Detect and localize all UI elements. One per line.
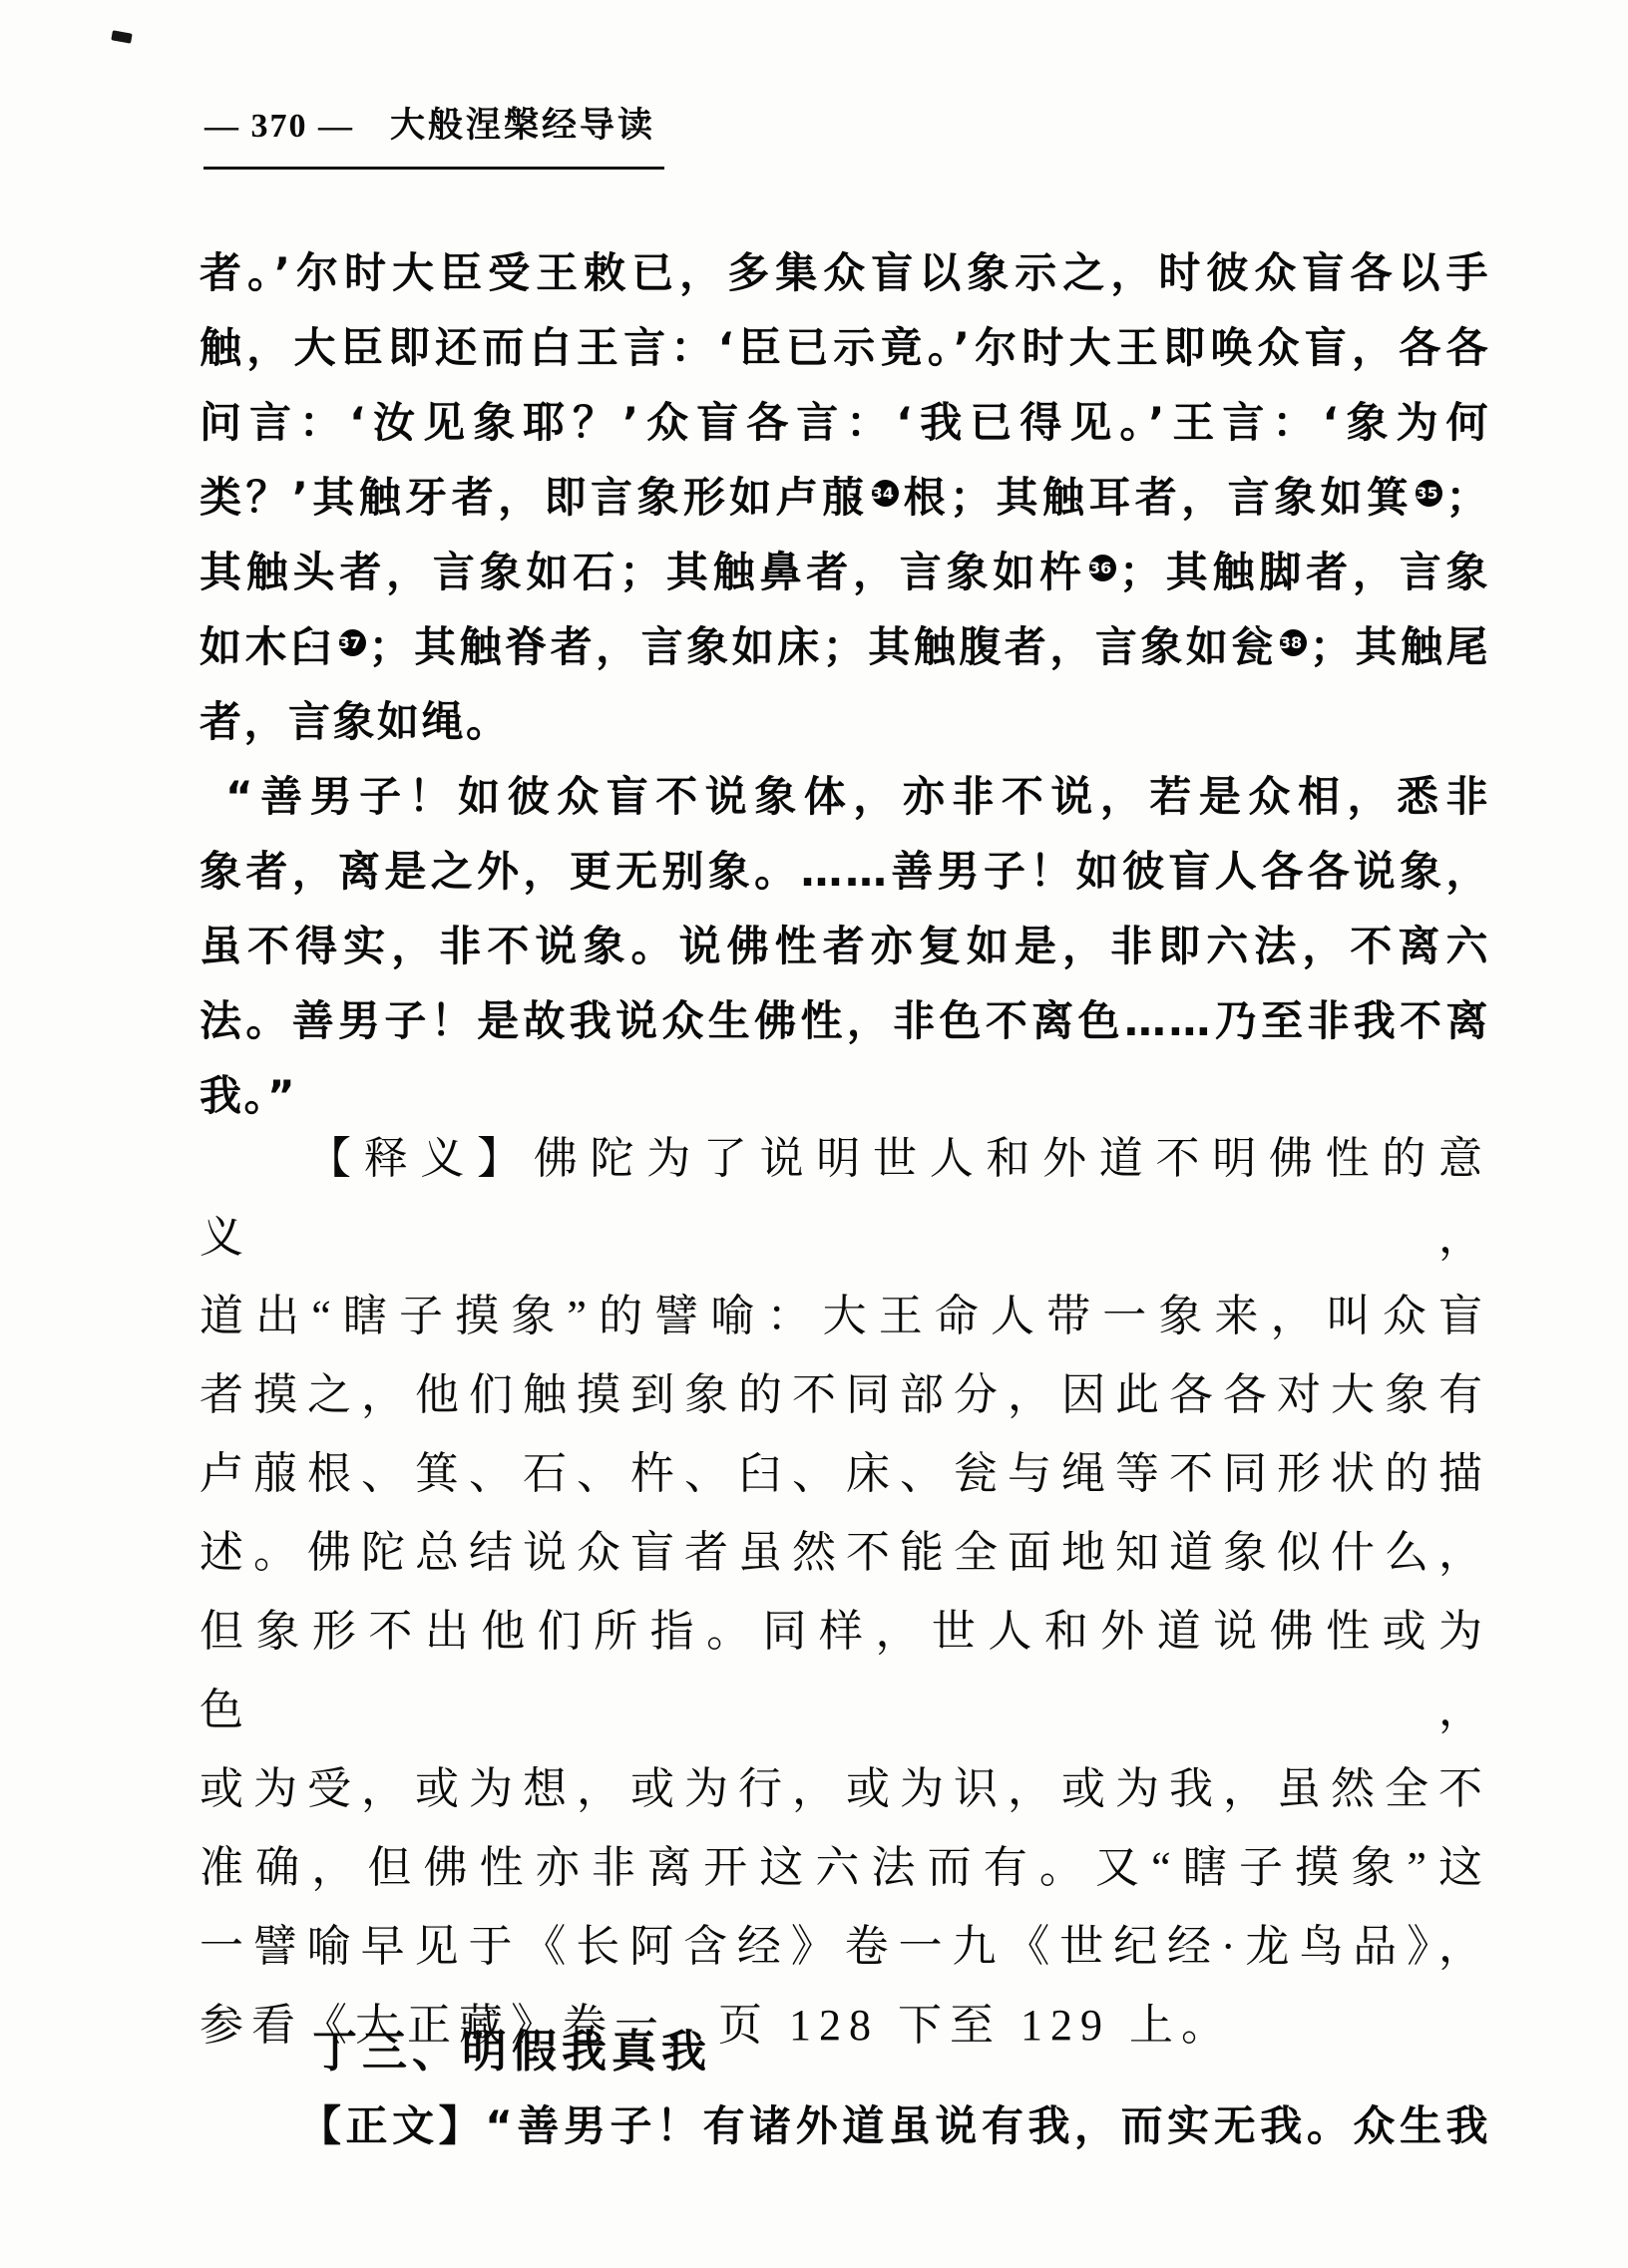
text-line: 者。’尔时大臣受王敕已，多集众盲以象示之，时彼众盲各以手: [200, 235, 1490, 310]
footnote-marker: 36: [1089, 555, 1116, 581]
text-line: 触，大臣即还而白王言：‘臣已示竟。’尔时大王即唤众盲，各各: [200, 310, 1490, 385]
text-line: 类？’其触牙者，即言象形如卢菔34根；其触耳者，言象如箕35；: [200, 460, 1490, 535]
scanned-page: — 370 — 大般涅槃经导读 者。’尔时大臣受王敕已，多集众盲以象示之，时彼众…: [0, 0, 1628, 2268]
footnote-marker: 37: [339, 629, 366, 656]
text-line: 法。善男子！是故我说众生佛性，非色不离色……乃至非我不离: [200, 983, 1490, 1058]
footnote-marker: 34: [872, 480, 899, 507]
text-line: 【释义】佛陀为了说明世人和外道不明佛性的意义，: [200, 1119, 1490, 1277]
text-line: 述。佛陀总结说众盲者虽然不能全面地知道象似什么，: [200, 1513, 1490, 1592]
sutra-paragraph-1: 者。’尔时大臣受王敕已，多集众盲以象示之，时彼众盲各以手触，大臣即还而白王言：‘…: [200, 235, 1490, 759]
footnote-marker: 38: [1280, 629, 1307, 656]
text-line: 但象形不出他们所指。同样，世人和外道说佛性或为色，: [200, 1592, 1490, 1749]
text-line: 准确，但佛性亦非离开这六法而有。又“瞎子摸象”这: [200, 1828, 1490, 1907]
scan-artifact: [111, 30, 132, 43]
section-heading: 丁三、明假我真我: [312, 2015, 711, 2079]
text-line: 如木臼37；其触脊者，言象如床；其触腹者，言象如瓮38；其触尾: [200, 609, 1490, 684]
commentary-paragraph: 【释义】佛陀为了说明世人和外道不明佛性的意义，道出“瞎子摸象”的譬喻：大王命人带…: [200, 1119, 1490, 2065]
text-line: 一譬喻早见于《长阿含经》卷一九《世纪经·龙鸟品》，: [200, 1907, 1490, 1986]
header-rule: [203, 167, 664, 170]
zhengwen-paragraph: 【正文】“善男子！有诸外道虽说有我，而实无我。众生我: [200, 2088, 1490, 2163]
text-line: “善男子！如彼众盲不说象体，亦非不说，若是众相，悉非: [200, 759, 1490, 834]
text-line: 者，言象如绳。: [200, 684, 1490, 759]
page-header: — 370 — 大般涅槃经导读: [204, 98, 655, 148]
book-title: 大般涅槃经导读: [390, 98, 655, 148]
text-line: 道出“瞎子摸象”的譬喻：大王命人带一象来，叫众盲: [200, 1277, 1490, 1355]
footnote-marker: 35: [1416, 480, 1442, 507]
page-number: — 370 —: [204, 108, 354, 146]
text-line: 卢菔根、箕、石、杵、臼、床、瓮与绳等不同形状的描: [200, 1434, 1490, 1513]
text-line: 者摸之，他们触摸到象的不同部分，因此各各对大象有: [200, 1355, 1490, 1434]
text-line: 或为受，或为想，或为行，或为识，或为我，虽然全不: [200, 1749, 1490, 1828]
text-line: 【正文】“善男子！有诸外道虽说有我，而实无我。众生我: [200, 2088, 1490, 2163]
text-line: 象者，离是之外，更无别象。……善男子！如彼盲人各各说象，: [200, 834, 1490, 909]
text-line: 问言：‘汝见象耶？’众盲各言：‘我已得见。’王言：‘象为何: [200, 385, 1490, 460]
sutra-paragraph-2: “善男子！如彼众盲不说象体，亦非不说，若是众相，悉非象者，离是之外，更无别象。……: [200, 759, 1490, 1133]
text-line: 其触头者，言象如石；其触鼻者，言象如杵36；其触脚者，言象: [200, 535, 1490, 609]
text-line: 虽不得实，非不说象。说佛性者亦复如是，非即六法，不离六: [200, 909, 1490, 983]
